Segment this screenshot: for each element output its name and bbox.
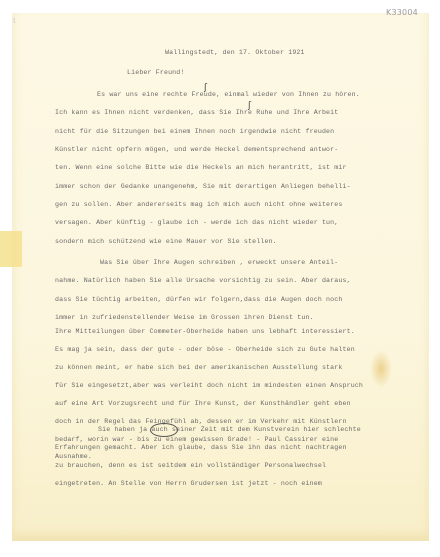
body-line: Ausnahme. <box>55 453 92 461</box>
body-line: immer in zufriedenstellender Weise im Gr… <box>55 314 314 322</box>
handwritten-circle <box>150 423 178 437</box>
body-line: gen zu sollen. Aber andererseits mag ich… <box>55 201 342 209</box>
body-line: für Sie eingesetzt,aber was verleiht doc… <box>55 382 363 390</box>
body-line: immer schon der Gedanke unangenehm, Sie … <box>55 183 351 191</box>
catalog-number: K33004 <box>386 8 418 17</box>
body-line: Ihre Mitteilungen über Commeter-Oberheid… <box>55 328 355 336</box>
body-line: versagen. Aber künftig - glaube ich - we… <box>55 219 338 227</box>
salutation: Lieber Freund! <box>127 69 185 77</box>
body-line: Künstler nicht opfern mögen, und werde H… <box>55 146 338 154</box>
body-line: Es war uns eine rechte Freude, einmal wi… <box>97 91 360 99</box>
body-line: sondern mich schützend wie eine Mauer vo… <box>55 238 277 246</box>
body-line: auf eine Art Vorzugsrecht und für Ihre K… <box>55 400 351 408</box>
body-line: bedarf, worin war - bis zu einem gewisse… <box>55 436 338 444</box>
handwritten-mark: ʃ <box>204 84 207 93</box>
paper-stain <box>0 231 22 267</box>
body-line: Erfahrungen gemacht. Aber ich glaube, da… <box>55 444 347 452</box>
body-line: ten. Wenn eine solche Bitte wie die Heck… <box>55 164 347 172</box>
body-line: doch in der Regel das Feingefühl ab, des… <box>55 418 347 426</box>
body-line: zu können meint, er habe sich bei der am… <box>55 364 342 372</box>
handwritten-mark: ʃ <box>248 102 251 111</box>
body-line: zu brauchen, denn es ist seitdem ein vol… <box>55 462 326 470</box>
body-line: eingetreten. An Stelle von Herrn Gruders… <box>55 480 322 488</box>
body-line: dass Sie tüchtig arbeiten, dürfen wir fo… <box>55 296 342 304</box>
place-date: Wallingstedt, den 17. Oktober 1921 <box>165 49 305 57</box>
body-line: nahme. Natürlich haben Sie alle Ursache … <box>55 277 351 285</box>
body-line: Was Sie über Ihre Augen schreiben , erwe… <box>100 259 338 267</box>
body-line: nicht für die Sitzungen bei einem Ihnen … <box>55 128 334 136</box>
body-line: Es mag ja sein, dass der gute - oder bös… <box>55 346 355 354</box>
paper-stain <box>370 350 392 388</box>
body-line: Ich kann es Ihnen nicht verdenken, dass … <box>55 109 338 117</box>
page-mark: 1 <box>12 17 16 25</box>
body-line: Sie haben ja auch seiner Zeit mit dem Ku… <box>98 426 361 434</box>
